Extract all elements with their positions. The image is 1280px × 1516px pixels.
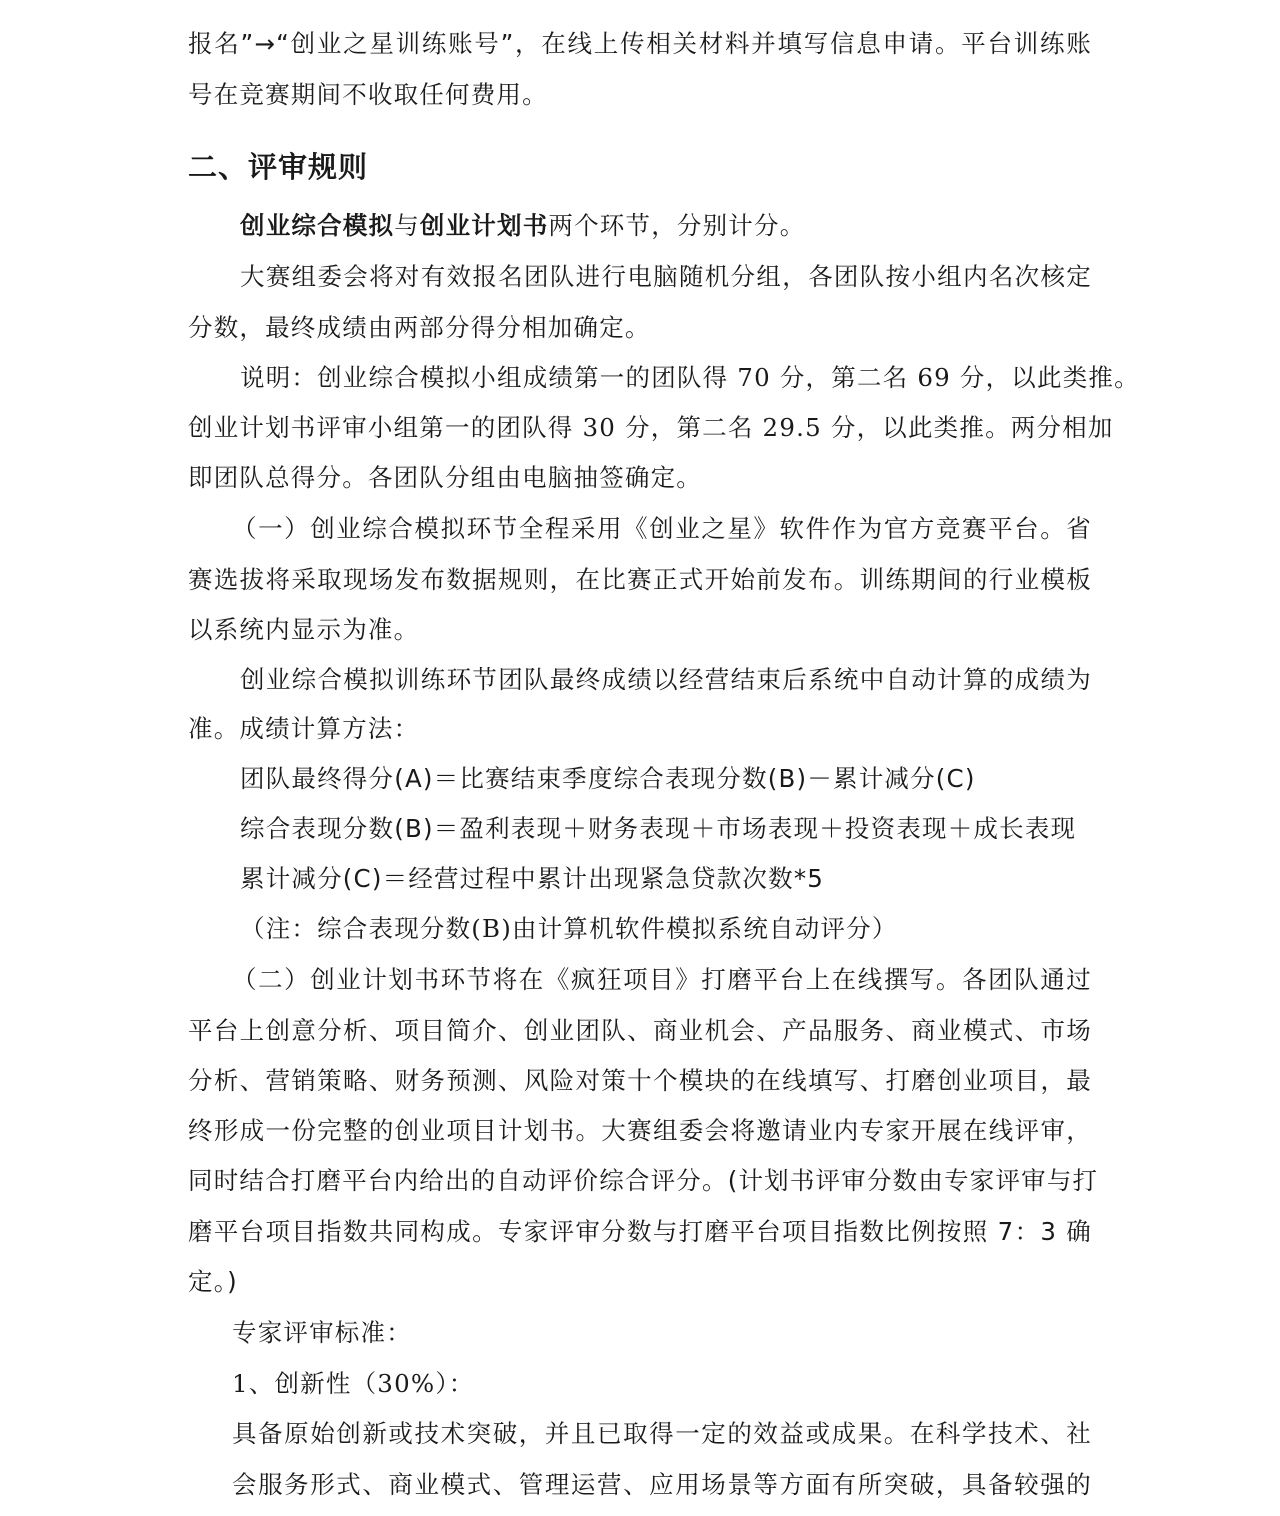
intro-line-1: 报名”→“创业之星训练账号”，在线上传相关材料并填写信息申请。平台训练账 <box>188 29 1092 59</box>
document-page: 报名”→“创业之星训练账号”，在线上传相关材料并填写信息申请。平台训练账 号在竞… <box>0 0 1280 1516</box>
note-line-2: 创业计划书评审小组第一的团队得 30 分，第二名 29.5 分，以此类推。两分相… <box>188 413 1092 443</box>
criteria-item-1-line-2: 会服务形式、商业模式、管理运营、应用场景等方面有所突破，具备较强的 <box>232 1470 1092 1500</box>
overview-paragraph: 创业综合模拟与创业计划书两个环节，分别计分。 <box>240 211 1092 241</box>
formula-c: 累计减分(C)＝经营过程中累计出现紧急贷款次数*5 <box>240 864 1092 894</box>
grouping-line-1: 大赛组委会将对有效报名团队进行电脑随机分组，各团队按小组内名次核定 <box>240 262 1092 292</box>
formula-note: （注：综合表现分数(B)由计算机软件模拟系统自动评分） <box>240 914 1092 944</box>
formula-b: 综合表现分数(B)＝盈利表现＋财务表现＋市场表现＋投资表现＋成长表现 <box>240 814 1092 844</box>
part2-line-7: 定。) <box>188 1267 1092 1297</box>
part1-line-2: 赛选拔将采取现场发布数据规则，在比赛正式开始前发布。训练期间的行业模板 <box>188 565 1092 595</box>
scoring-line-2: 准。成绩计算方法： <box>188 714 1092 744</box>
grouping-line-2: 分数，最终成绩由两部分得分相加确定。 <box>188 313 1092 343</box>
overview-rest: 两个环节，分别计分。 <box>548 211 805 240</box>
formula-a: 团队最终得分(A)＝比赛结束季度综合表现分数(B)－累计减分(C) <box>240 764 1092 794</box>
bold-term-business-plan: 创业计划书 <box>420 211 549 240</box>
bold-term-simulation: 创业综合模拟 <box>240 211 394 240</box>
part2-line-2: 平台上创意分析、项目简介、创业团队、商业机会、产品服务、商业模式、市场 <box>188 1016 1092 1046</box>
intro-line-2: 号在竞赛期间不收取任何费用。 <box>188 80 1092 110</box>
part1-line-3: 以系统内显示为准。 <box>188 615 1092 645</box>
part1-line-1: （一）创业综合模拟环节全程采用《创业之星》软件作为官方竞赛平台。省 <box>232 514 1092 544</box>
part2-line-5: 同时结合打磨平台内给出的自动评价综合评分。(计划书评审分数由专家评审与打 <box>188 1166 1092 1196</box>
criteria-title: 专家评审标准： <box>232 1318 1092 1348</box>
part2-line-4: 终形成一份完整的创业项目计划书。大赛组委会将邀请业内专家开展在线评审， <box>188 1116 1092 1146</box>
note-line-1: 说明：创业综合模拟小组成绩第一的团队得 70 分，第二名 69 分，以此类推。 <box>240 363 1092 393</box>
scoring-line-1: 创业综合模拟训练环节团队最终成绩以经营结束后系统中自动计算的成绩为 <box>240 665 1092 695</box>
overview-connector: 与 <box>394 211 420 240</box>
part2-line-1: （二）创业计划书环节将在《疯狂项目》打磨平台上在线撰写。各团队通过 <box>232 965 1092 995</box>
criteria-item-1-title: 1、创新性（30%）： <box>232 1369 1092 1399</box>
part2-line-3: 分析、营销策略、财务预测、风险对策十个模块的在线填写、打磨创业项目，最 <box>188 1066 1092 1096</box>
criteria-item-1-line-1: 具备原始创新或技术突破，并且已取得一定的效益或成果。在科学技术、社 <box>232 1419 1092 1449</box>
part2-line-6: 磨平台项目指数共同构成。专家评审分数与打磨平台项目指数比例按照 7：3 确 <box>188 1217 1092 1247</box>
section-heading: 二、评审规则 <box>188 152 1092 182</box>
note-line-3: 即团队总得分。各团队分组由电脑抽签确定。 <box>188 463 1092 493</box>
